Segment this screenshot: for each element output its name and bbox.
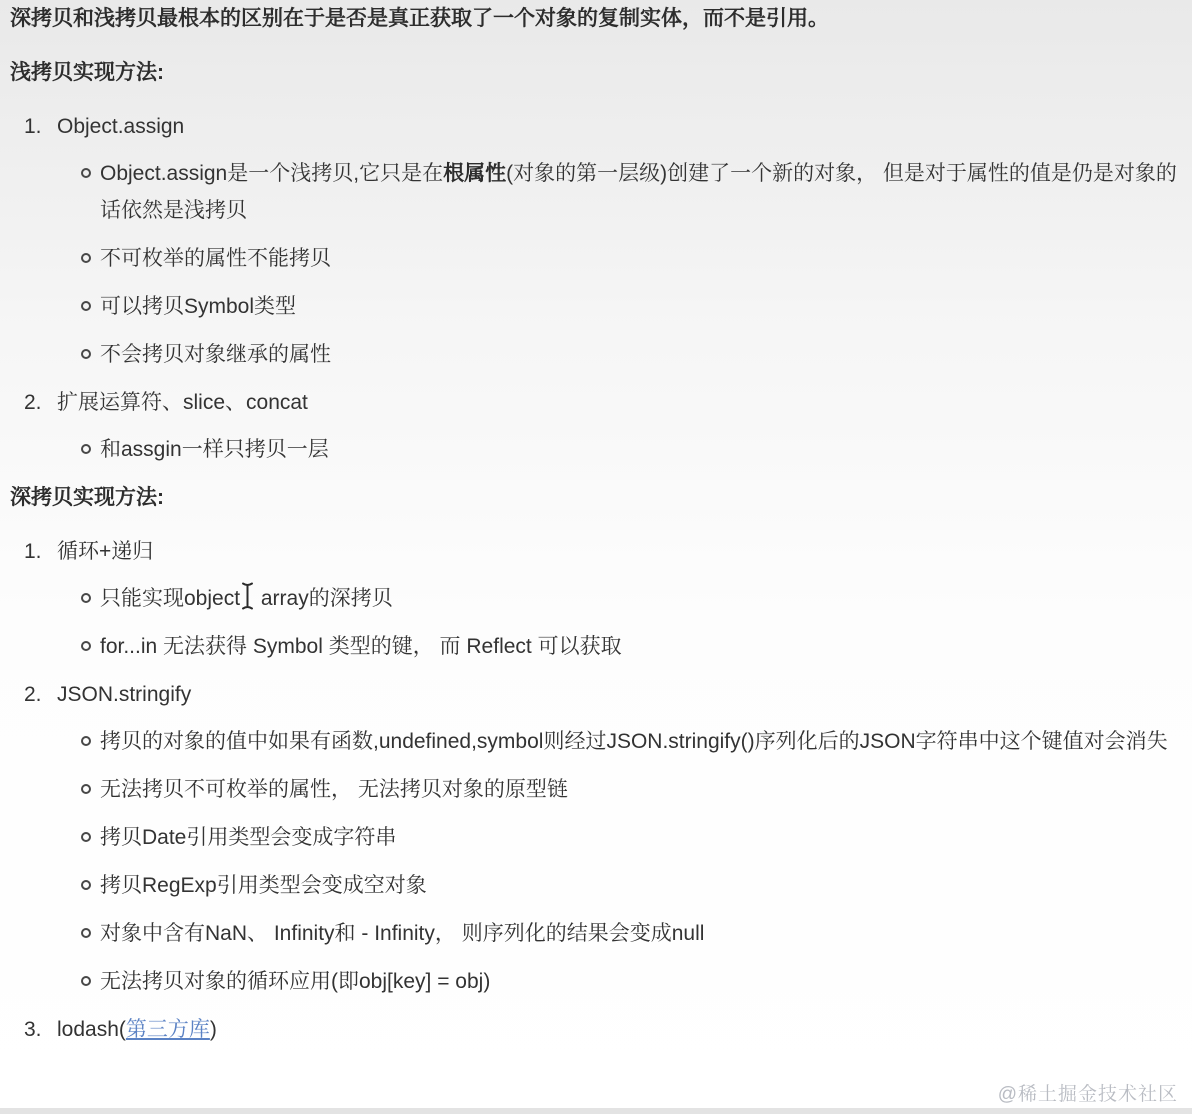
- bullet-text: 拷贝的对象的值中如果有函数,undefined,symbol则经过JSON.st…: [100, 723, 1180, 760]
- bullet-item: Object.assign是一个浅拷贝,它只是在根属性(对象的第一层级)创建了一…: [0, 155, 1192, 229]
- bullet-circle-icon: [81, 301, 91, 311]
- list-number: 2.: [24, 676, 57, 713]
- intro-paragraph: 深拷贝和浅拷贝最根本的区别在于是否是真正获取了一个对象的复制实体，而不是引用。: [0, 0, 1192, 37]
- deep-copy-list: 1. 循环+递归 只能实现object array的深拷贝 for...in 无…: [0, 533, 1192, 1048]
- bullet-circle-icon: [81, 253, 91, 263]
- list-number: 1.: [24, 108, 57, 145]
- bullet-text: 拷贝RegExp引用类型会变成空对象: [100, 867, 1180, 904]
- list-number: 2.: [24, 384, 57, 421]
- bullet-item: 无法拷贝不可枚举的属性， 无法拷贝对象的原型链: [0, 771, 1192, 808]
- shallow-copy-list: 1. Object.assign Object.assign是一个浅拷贝,它只是…: [0, 108, 1192, 468]
- list-item-json-stringify: 2. JSON.stringify 拷贝的对象的值中如果有函数,undefine…: [0, 676, 1192, 1000]
- bullet-circle-icon: [81, 349, 91, 359]
- bullet-circle-icon: [81, 784, 91, 794]
- bullet-text: Object.assign是一个浅拷贝,它只是在根属性(对象的第一层级)创建了一…: [100, 155, 1180, 229]
- sub-bullet-list: 和assgin一样只拷贝一层: [0, 431, 1192, 468]
- bullet-circle-icon: [81, 832, 91, 842]
- list-item-label: JSON.stringify: [57, 676, 191, 713]
- list-item-head: 2. JSON.stringify: [0, 676, 1192, 713]
- bullet-circle-icon: [81, 976, 91, 986]
- list-item-object-assign: 1. Object.assign Object.assign是一个浅拷贝,它只是…: [0, 108, 1192, 373]
- list-item-head: 3. lodash(第三方库): [0, 1011, 1192, 1048]
- deep-copy-heading: 深拷贝实现方法:: [10, 479, 1192, 516]
- bullet-text-pre: Object.assign是一个浅拷贝,它只是在: [100, 162, 443, 185]
- bullet-item: 无法拷贝对象的循环应用(即obj[key] = obj): [0, 963, 1192, 1000]
- bullet-text: 无法拷贝对象的循环应用(即obj[key] = obj): [100, 963, 1180, 1000]
- bullet-circle-icon: [81, 736, 91, 746]
- bottom-divider: [0, 1108, 1192, 1114]
- list-item-head: 1. Object.assign: [0, 108, 1192, 145]
- list-item-head: 2. 扩展运算符、slice、concat: [0, 384, 1192, 421]
- list-item-label: 扩展运算符、slice、concat: [57, 384, 308, 421]
- list-item-label: 循环+递归: [57, 533, 153, 570]
- article-content: 深拷贝和浅拷贝最根本的区别在于是否是真正获取了一个对象的复制实体，而不是引用。 …: [0, 0, 1192, 1048]
- bullet-text: 不可枚举的属性不能拷贝: [100, 240, 1180, 277]
- bullet-text: 拷贝Date引用类型会变成字符串: [100, 819, 1180, 856]
- bullet-text: 只能实现object array的深拷贝: [100, 580, 1180, 617]
- third-party-library-link[interactable]: 第三方库: [126, 1018, 210, 1041]
- list-item-loop-recursion: 1. 循环+递归 只能实现object array的深拷贝 for...in 无…: [0, 533, 1192, 665]
- bullet-text-bold: 根属性: [443, 162, 506, 185]
- list-item-label: lodash(第三方库): [57, 1011, 217, 1048]
- i-beam-cursor-icon: [241, 581, 254, 611]
- bullet-circle-icon: [81, 880, 91, 890]
- bullet-circle-icon: [81, 444, 91, 454]
- bullet-item: 只能实现object array的深拷贝: [0, 580, 1192, 617]
- bullet-circle-icon: [81, 593, 91, 603]
- bullet-text-post: array的深拷贝: [255, 587, 393, 610]
- bullet-text: 无法拷贝不可枚举的属性， 无法拷贝对象的原型链: [100, 771, 1180, 808]
- list-item-lodash: 3. lodash(第三方库): [0, 1011, 1192, 1048]
- label-post: ): [210, 1018, 217, 1041]
- sub-bullet-list: 拷贝的对象的值中如果有函数,undefined,symbol则经过JSON.st…: [0, 723, 1192, 1000]
- sub-bullet-list: 只能实现object array的深拷贝 for...in 无法获得 Symbo…: [0, 580, 1192, 665]
- juejin-watermark: @稀土掘金技术社区: [998, 1085, 1178, 1105]
- bullet-circle-icon: [81, 928, 91, 938]
- bullet-item: for...in 无法获得 Symbol 类型的键， 而 Reflect 可以获…: [0, 628, 1192, 665]
- list-item-head: 1. 循环+递归: [0, 533, 1192, 570]
- bullet-text: 和assgin一样只拷贝一层: [100, 431, 1180, 468]
- bullet-item: 拷贝Date引用类型会变成字符串: [0, 819, 1192, 856]
- bullet-item: 和assgin一样只拷贝一层: [0, 431, 1192, 468]
- shallow-copy-heading: 浅拷贝实现方法:: [10, 54, 1192, 91]
- bullet-text: 可以拷贝Symbol类型: [100, 288, 1180, 325]
- sub-bullet-list: Object.assign是一个浅拷贝,它只是在根属性(对象的第一层级)创建了一…: [0, 155, 1192, 373]
- bullet-text: 对象中含有NaN、 Infinity和 - Infinity， 则序列化的结果会…: [100, 915, 1180, 952]
- bullet-item: 对象中含有NaN、 Infinity和 - Infinity， 则序列化的结果会…: [0, 915, 1192, 952]
- bullet-item: 拷贝RegExp引用类型会变成空对象: [0, 867, 1192, 904]
- bullet-item: 不可枚举的属性不能拷贝: [0, 240, 1192, 277]
- bullet-item: 不会拷贝对象继承的属性: [0, 336, 1192, 373]
- bullet-text-pre: 只能实现object: [100, 587, 240, 610]
- bullet-circle-icon: [81, 641, 91, 651]
- list-number: 1.: [24, 533, 57, 570]
- bullet-circle-icon: [81, 168, 91, 178]
- bullet-text: for...in 无法获得 Symbol 类型的键， 而 Reflect 可以获…: [100, 628, 1180, 665]
- list-item-label: Object.assign: [57, 108, 184, 145]
- label-pre: lodash(: [57, 1018, 126, 1041]
- list-item-spread-slice-concat: 2. 扩展运算符、slice、concat 和assgin一样只拷贝一层: [0, 384, 1192, 468]
- bullet-text: 不会拷贝对象继承的属性: [100, 336, 1180, 373]
- bullet-item: 拷贝的对象的值中如果有函数,undefined,symbol则经过JSON.st…: [0, 723, 1192, 760]
- bullet-item: 可以拷贝Symbol类型: [0, 288, 1192, 325]
- list-number: 3.: [24, 1011, 57, 1048]
